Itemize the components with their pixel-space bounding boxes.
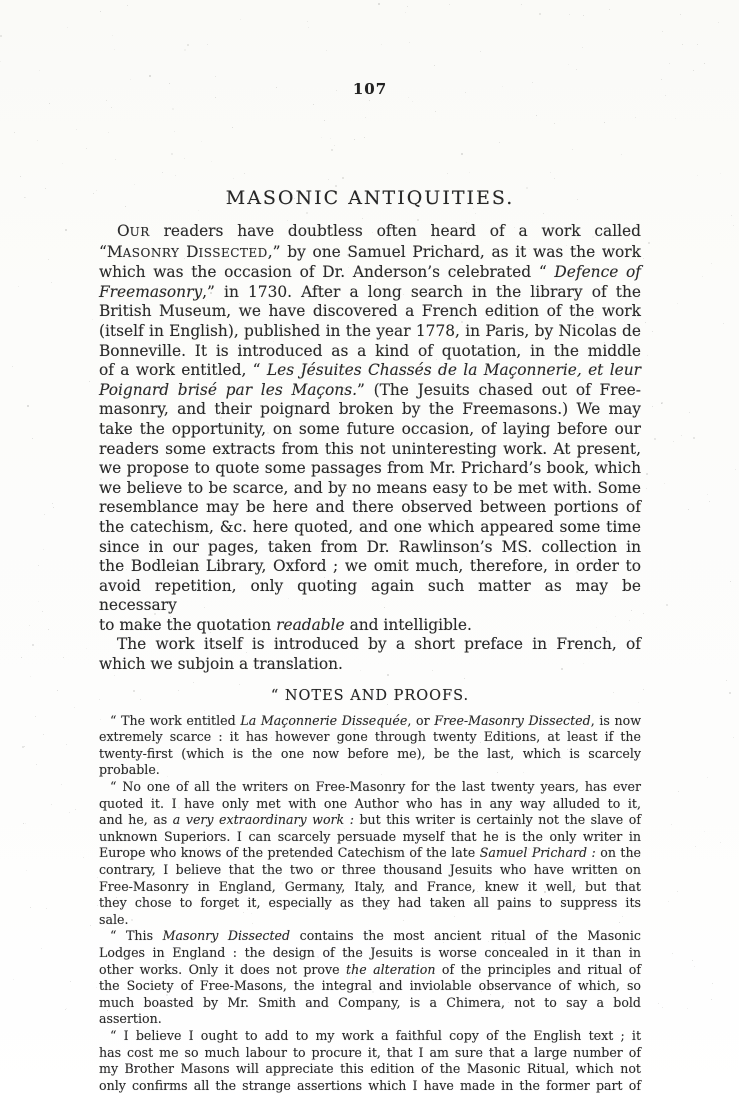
speckle-dot xyxy=(733,225,734,226)
text-line: OUR readers have doubtless often heard o… xyxy=(99,222,641,243)
speckle-dot xyxy=(449,4,450,5)
speckle-dot xyxy=(13,979,14,980)
italic-text: Les Jésuites Chassés de la Maçonnerie, e… xyxy=(267,361,641,379)
text-line: sale. xyxy=(99,912,641,929)
speckle-dot xyxy=(539,13,541,15)
text-line: the catechism, &c. here quoted, and one … xyxy=(99,518,641,538)
speckle-dot xyxy=(609,9,610,10)
speckle-dot xyxy=(149,75,151,77)
text-segment: the catechism, &c. here quoted, and one … xyxy=(99,518,641,536)
speckle-dot xyxy=(74,707,75,708)
text-line: (itself in English), published in the ye… xyxy=(99,322,641,342)
text-segment: of the principles and ritual of xyxy=(435,962,641,977)
speckle-dot xyxy=(730,581,731,582)
text-segment: probable. xyxy=(99,762,160,777)
speckle-dot xyxy=(44,514,45,515)
speckle-dot xyxy=(89,381,90,382)
speckle-dot xyxy=(704,63,705,64)
text-segment: since in our pages, taken from Dr. Rawli… xyxy=(99,538,641,556)
speckle-dot xyxy=(711,999,712,1000)
text-segment: they chose to forget it, especially as t… xyxy=(99,895,641,910)
speckle-dot xyxy=(646,473,648,475)
speckle-dot xyxy=(681,435,682,436)
speckle-dot xyxy=(49,103,50,104)
speckle-dot xyxy=(694,966,695,967)
text-line: probable. xyxy=(99,762,641,779)
speckle-dot xyxy=(405,12,406,13)
italic-text: the alteration xyxy=(346,962,435,977)
speckle-dot xyxy=(735,469,736,470)
speckle-dot xyxy=(24,197,25,198)
text-segment: contains the most ancient ritual of the … xyxy=(290,928,641,943)
text-line: Europe who knows of the pretended Catech… xyxy=(99,845,641,862)
text-line: extremely scarce : it has however gone t… xyxy=(99,729,641,746)
text-segment: but this writer is certainly not the sla… xyxy=(354,812,641,827)
italic-text: a very extraordinary work : xyxy=(173,812,354,827)
text-segment: ,” in 1730. After a long search in the l… xyxy=(202,283,641,301)
speckle-dot xyxy=(63,657,64,658)
speckle-dot xyxy=(707,494,708,495)
speckle-dot xyxy=(709,501,710,502)
text-segment: D xyxy=(179,243,198,261)
speckle-dot xyxy=(14,132,15,133)
text-segment: other works. Only it does not prove xyxy=(99,962,346,977)
text-segment: contrary, I believe that the two or thre… xyxy=(99,862,641,877)
speckle-dot xyxy=(381,44,382,45)
text-line: has cost me so much labour to procure it… xyxy=(99,1045,641,1062)
text-line: they chose to forget it, especially as t… xyxy=(99,895,641,912)
speckle-dot xyxy=(480,51,481,52)
speckle-dot xyxy=(704,831,705,832)
text-line: only confirms all the strange assertions… xyxy=(99,1078,641,1095)
italic-text: Defence of xyxy=(554,263,641,281)
speckle-dot xyxy=(37,140,38,141)
text-segment: the Bodleian Library, Oxford ; we omit m… xyxy=(99,557,641,575)
text-line: assertion. xyxy=(99,1011,641,1028)
speckle-dot xyxy=(645,322,646,323)
text-segment: extremely scarce : it has however gone t… xyxy=(99,729,641,744)
text-line: other works. Only it does not prove the … xyxy=(99,962,641,979)
speckle-dot xyxy=(726,680,727,681)
text-segment: quoted it. I have only met with one Auth… xyxy=(99,796,641,811)
text-column: 107 MASONIC ANTIQUITIES. OUR readers hav… xyxy=(99,80,641,1094)
speckle-dot xyxy=(52,503,53,504)
text-line: the Society of Free-Masons, the integral… xyxy=(99,978,641,995)
speckle-dot xyxy=(671,824,672,825)
text-segment: much boasted by Mr. Smith and Company, i… xyxy=(99,995,641,1010)
text-segment: , or xyxy=(407,713,434,728)
speckle-dot xyxy=(672,953,673,954)
speckle-dot xyxy=(66,1008,67,1009)
speckle-dot xyxy=(720,173,721,174)
text-segment: assertion. xyxy=(99,1011,162,1026)
speckle-dot xyxy=(729,692,731,694)
text-segment: take the opportunity, on some future occ… xyxy=(99,420,641,438)
speckle-dot xyxy=(30,676,31,677)
paragraph: OUR readers have doubtless often heard o… xyxy=(99,222,641,635)
speckle-dot xyxy=(307,21,308,22)
paragraph: “ The work entitled La Maçonnerie Disseq… xyxy=(99,713,641,779)
text-line: Free-Masonry in England, Germany, Italy,… xyxy=(99,879,641,896)
text-segment: of a work entitled, “ xyxy=(99,361,267,379)
speckle-dot xyxy=(45,188,46,189)
speckle-dot xyxy=(240,19,241,20)
speckle-dot xyxy=(568,64,569,65)
paragraph: “ This Masonry Dissected contains the mo… xyxy=(99,928,641,1028)
italic-text: Free-Masonry Dissected xyxy=(434,713,590,728)
speckle-dot xyxy=(21,657,22,658)
speckle-dot xyxy=(678,791,679,792)
speckle-dot xyxy=(25,197,26,198)
text-segment: twenty-first (which is the one now befor… xyxy=(99,746,641,761)
speckle-dot xyxy=(693,70,694,71)
speckle-dot xyxy=(127,5,128,6)
paragraph: “ No one of all the writers on Free-Maso… xyxy=(99,779,641,928)
text-line: of a work entitled, “ Les Jésuites Chass… xyxy=(99,361,641,381)
speckle-dot xyxy=(36,764,37,765)
text-segment: Europe who knows of the pretended Catech… xyxy=(99,845,480,860)
speckle-dot xyxy=(693,437,695,439)
speckle-dot xyxy=(51,282,52,283)
text-line: since in our pages, taken from Dr. Rawli… xyxy=(99,538,641,558)
speckle-dot xyxy=(661,402,663,404)
speckle-dot xyxy=(90,925,91,926)
speckle-dot xyxy=(46,908,47,909)
speckle-dot xyxy=(62,163,63,164)
speckle-dot xyxy=(93,193,94,194)
speckle-dot xyxy=(75,809,76,810)
speckle-dot xyxy=(326,50,327,51)
speckle-dot xyxy=(187,44,189,46)
text-line: much boasted by Mr. Smith and Company, i… xyxy=(99,995,641,1012)
text-line: Freemasonry,” in 1730. After a long sear… xyxy=(99,283,641,303)
speckle-dot xyxy=(35,716,36,717)
text-segment: “ The work entitled xyxy=(110,713,240,728)
speckle-dot xyxy=(582,47,583,48)
speckle-dot xyxy=(682,44,683,45)
speckle-dot xyxy=(664,483,665,484)
speckle-dot xyxy=(86,148,87,149)
text-segment: and intelligible. xyxy=(345,616,472,634)
text-segment: only confirms all the strange assertions… xyxy=(99,1078,641,1093)
speckle-dot xyxy=(92,319,93,320)
speckle-dot xyxy=(707,777,708,778)
speckle-dot xyxy=(643,689,644,690)
speckle-dot xyxy=(665,95,666,96)
text-line: British Museum, we have discovered a Fre… xyxy=(99,302,641,322)
article-title: MASONIC ANTIQUITIES. xyxy=(99,186,641,210)
smallcaps-text: ASONRY xyxy=(123,246,180,260)
text-line: to make the quotation readable and intel… xyxy=(99,616,641,636)
speckle-dot xyxy=(43,549,44,550)
speckle-dot xyxy=(32,644,34,646)
speckle-dot xyxy=(96,190,97,191)
speckle-dot xyxy=(51,804,52,805)
speckle-dot xyxy=(583,15,584,16)
text-line: “ I believe I ought to add to my work a … xyxy=(99,1028,641,1045)
speckle-dot xyxy=(97,905,98,906)
text-line: Lodges in England : the design of the Je… xyxy=(99,945,641,962)
speckle-dot xyxy=(661,403,662,404)
page-number: 107 xyxy=(99,80,641,98)
speckle-dot xyxy=(662,1007,663,1008)
speckle-dot xyxy=(57,690,58,691)
speckle-dot xyxy=(24,746,25,747)
speckle-dot xyxy=(658,1003,659,1004)
speckle-dot xyxy=(0,61,1,62)
text-line: unknown Superiors. I can scarcely persua… xyxy=(99,829,641,846)
speckle-dot xyxy=(70,981,71,982)
text-segment: we believe to be scarce, and by no means… xyxy=(99,479,641,497)
speckle-dot xyxy=(86,648,87,649)
speckle-dot xyxy=(22,746,24,748)
speckle-dot xyxy=(76,129,77,130)
speckle-dot xyxy=(680,14,681,15)
speckle-dot xyxy=(648,242,650,244)
text-segment: we propose to quote some passages from M… xyxy=(99,459,641,477)
speckle-dot xyxy=(30,907,31,908)
speckle-dot xyxy=(697,44,698,45)
speckle-dot xyxy=(712,983,713,984)
speckle-dot xyxy=(100,11,101,12)
text-line: quoted it. I have only met with one Auth… xyxy=(99,796,641,813)
italic-text: readable xyxy=(276,616,345,634)
text-line: “ This Masonry Dissected contains the mo… xyxy=(99,928,641,945)
italic-text: Poignard brisé par les Maçons. xyxy=(99,381,357,399)
speckle-dot xyxy=(96,987,97,988)
speckle-dot xyxy=(687,1008,688,1009)
speckle-dot xyxy=(689,412,690,413)
speckle-dot xyxy=(41,948,42,949)
speckle-dot xyxy=(677,891,678,892)
speckle-dot xyxy=(723,323,724,324)
paragraph: The work itself is introduced by a short… xyxy=(99,635,641,674)
speckle-dot xyxy=(20,176,21,177)
text-segment: which we subjoin a translation. xyxy=(99,655,343,673)
speckle-dot xyxy=(97,877,98,878)
text-segment: Free-Masonry in England, Germany, Italy,… xyxy=(99,879,641,894)
text-segment: the Society of Free-Masons, the integral… xyxy=(99,978,641,993)
speckle-dot xyxy=(668,901,669,902)
text-segment: resemblance may be here and there observ… xyxy=(99,498,641,516)
text-segment: sale. xyxy=(99,912,128,927)
text-line: which we subjoin a translation. xyxy=(99,655,641,675)
speckle-dot xyxy=(18,286,19,287)
text-segment: on the xyxy=(596,845,641,860)
text-segment: ,” by one Samuel Prichard, as it was the… xyxy=(268,243,641,261)
speckle-dot xyxy=(521,4,522,5)
speckle-dot xyxy=(39,70,40,71)
speckle-dot xyxy=(718,22,719,23)
speckle-dot xyxy=(409,42,410,43)
speckle-dot xyxy=(720,842,721,843)
text-segment: has cost me so much labour to procure it… xyxy=(99,1045,641,1060)
text-segment: (itself in English), published in the ye… xyxy=(99,322,641,340)
text-segment: masonry, and their poignard broken by th… xyxy=(99,400,641,418)
speckle-dot xyxy=(647,355,648,356)
speckle-dot xyxy=(711,263,712,264)
text-segment: unknown Superiors. I can scarcely persua… xyxy=(99,829,641,844)
speckle-dot xyxy=(38,565,39,566)
speckle-dot xyxy=(576,69,577,70)
speckle-dot xyxy=(669,63,670,64)
speckle-dot xyxy=(661,79,662,80)
smallcaps-text: ISSECTED xyxy=(198,246,267,260)
speckle-dot xyxy=(42,611,43,612)
text-line: we propose to quote some passages from M… xyxy=(99,459,641,479)
text-segment: “ No one of all the writers on Free-Maso… xyxy=(110,779,641,794)
text-line: “MASONRY DISSECTED,” by one Samuel Prich… xyxy=(99,243,641,264)
speckle-dot xyxy=(83,857,84,858)
speckle-dot xyxy=(215,76,216,77)
italic-text: Samuel Prichard : xyxy=(480,845,596,860)
speckle-dot xyxy=(38,601,39,602)
text-line: and he, as a very extraordinary work : b… xyxy=(99,812,641,829)
text-segment: Bonneville. It is introduced as a kind o… xyxy=(99,342,641,360)
text-segment: The work itself is introduced by a short… xyxy=(117,635,641,653)
italic-text: Masonry Dissected xyxy=(163,928,290,943)
speckle-dot xyxy=(654,438,656,440)
speckle-dot xyxy=(662,31,663,32)
speckle-dot xyxy=(61,784,62,785)
speckle-dot xyxy=(23,823,24,824)
speckle-dot xyxy=(434,65,435,66)
text-line: readers some extracts from this not unin… xyxy=(99,440,641,460)
text-line: Bonneville. It is introduced as a kind o… xyxy=(99,342,641,362)
text-segment: British Museum, we have discovered a Fre… xyxy=(99,302,641,320)
text-segment: avoid repetition, only quoting again suc… xyxy=(99,577,641,615)
speckle-dot xyxy=(184,49,186,51)
text-line: which was the occasion of Dr. Anderson’s… xyxy=(99,263,641,283)
text-segment: to make the quotation xyxy=(99,616,276,634)
text-line: The work itself is introduced by a short… xyxy=(99,635,641,655)
speckle-dot xyxy=(666,604,668,606)
text-line: avoid repetition, only quoting again suc… xyxy=(99,577,641,616)
speckle-dot xyxy=(652,331,653,332)
text-segment: ” (The Jesuits chased out of Free- xyxy=(357,381,641,399)
speckle-dot xyxy=(0,35,2,37)
speckle-dot xyxy=(646,488,647,489)
speckle-dot xyxy=(731,215,732,216)
scanned-book-page: 107 MASONIC ANTIQUITIES. OUR readers hav… xyxy=(0,0,739,1114)
speckle-dot xyxy=(407,6,408,7)
speckle-dot xyxy=(43,734,44,735)
speckle-dot xyxy=(27,405,29,407)
smallcaps-text: UR xyxy=(130,225,150,239)
speckle-dot xyxy=(643,258,644,259)
speckle-dot xyxy=(207,44,208,45)
section-heading: “ NOTES AND PROOFS. xyxy=(99,687,641,706)
article-body: OUR readers have doubtless often heard o… xyxy=(99,222,641,1094)
text-segment: and he, as xyxy=(99,812,173,827)
speckle-dot xyxy=(26,870,27,871)
speckle-dot xyxy=(53,507,54,508)
text-line: “ No one of all the writers on Free-Maso… xyxy=(99,779,641,796)
italic-text: Freemasonry xyxy=(99,283,202,301)
text-segment: O xyxy=(117,222,130,240)
speckle-dot xyxy=(677,303,678,304)
text-line: Poignard brisé par les Maçons.” (The Jes… xyxy=(99,381,641,401)
text-segment: my Brother Masons will appreciate this e… xyxy=(99,1061,641,1076)
speckle-dot xyxy=(643,613,644,614)
speckle-dot xyxy=(32,438,33,439)
speckle-dot xyxy=(12,366,13,367)
speckle-dot xyxy=(569,14,570,15)
speckle-dot xyxy=(378,3,380,5)
text-line: we believe to be scarce, and by no means… xyxy=(99,479,641,499)
speckle-dot xyxy=(67,27,68,28)
speckle-dot xyxy=(48,259,49,260)
speckle-dot xyxy=(308,27,309,28)
text-segment: “ I believe I ought to add to my work a … xyxy=(110,1028,641,1043)
speckle-dot xyxy=(29,625,30,626)
text-segment: Lodges in England : the design of the Je… xyxy=(99,945,641,960)
speckle-dot xyxy=(114,49,115,50)
speckle-dot xyxy=(702,276,703,277)
text-line: the Bodleian Library, Oxford ; we omit m… xyxy=(99,557,641,577)
speckle-dot xyxy=(695,846,696,847)
text-segment: readers some extracts from this not unin… xyxy=(99,440,641,458)
speckle-dot xyxy=(66,744,67,745)
speckle-dot xyxy=(692,960,693,961)
text-line: my Brother Masons will appreciate this e… xyxy=(99,1061,641,1078)
speckle-dot xyxy=(652,406,653,407)
text-line: “ The work entitled La Maçonnerie Disseq… xyxy=(99,713,641,730)
text-line: take the opportunity, on some future occ… xyxy=(99,420,641,440)
speckle-dot xyxy=(65,1009,66,1010)
speckle-dot xyxy=(675,118,676,119)
speckle-dot xyxy=(112,35,113,36)
speckle-dot xyxy=(673,441,674,442)
paragraph: “ I believe I ought to add to my work a … xyxy=(99,1028,641,1094)
text-segment: readers have doubtless often heard of a … xyxy=(150,222,641,240)
text-segment: “M xyxy=(99,243,123,261)
text-segment: “ This xyxy=(110,928,163,943)
text-line: contrary, I believe that the two or thre… xyxy=(99,862,641,879)
speckle-dot xyxy=(733,737,734,738)
text-line: resemblance may be here and there observ… xyxy=(99,498,641,518)
text-segment: , is now xyxy=(591,713,641,728)
speckle-dot xyxy=(69,812,70,813)
speckle-dot xyxy=(48,629,49,630)
speckle-dot xyxy=(697,175,698,176)
speckle-dot xyxy=(65,229,67,231)
speckle-dot xyxy=(688,509,689,510)
italic-text: La Maçonnerie Dissequée xyxy=(240,713,407,728)
text-segment: which was the occasion of Dr. Anderson’s… xyxy=(99,263,554,281)
text-line: masonry, and their poignard broken by th… xyxy=(99,400,641,420)
speckle-dot xyxy=(25,823,26,824)
text-line: twenty-first (which is the one now befor… xyxy=(99,746,641,763)
